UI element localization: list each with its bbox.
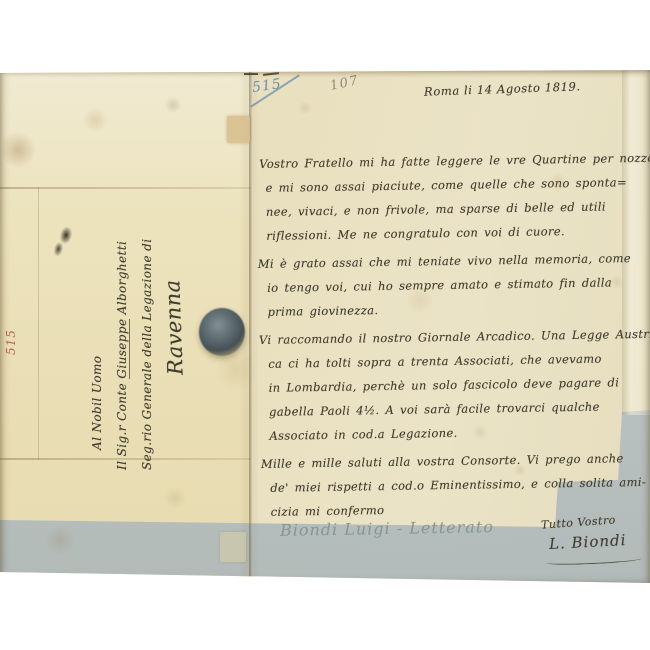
vignette-overlay (0, 70, 650, 586)
scan-page: Al Nobil Uomo Il Sig.r Conte Giuseppe Al… (0, 0, 650, 650)
manuscript-photo: Al Nobil Uomo Il Sig.r Conte Giuseppe Al… (0, 70, 650, 586)
